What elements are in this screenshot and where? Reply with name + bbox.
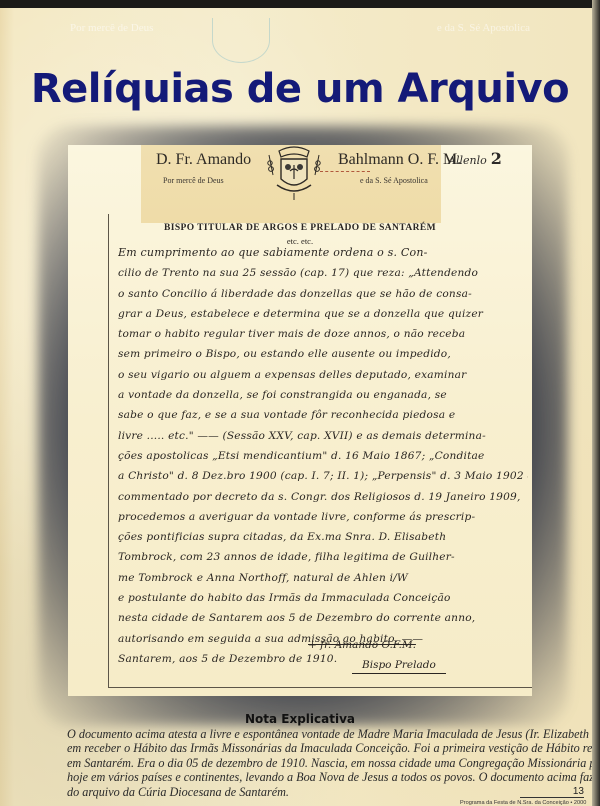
handwritten-line: sem primeiro o Bispo, ou estando elle au… — [118, 344, 528, 364]
note-body: O documento acima atesta a livre e espon… — [67, 727, 547, 799]
bleed-through-left: Por mercê de Deus — [70, 22, 153, 36]
note-line: do arquivo da Cúria Diocesana de Santaré… — [67, 785, 547, 799]
handwritten-text: Em cumprimento ao que sabiamente ordena … — [118, 243, 528, 669]
handwritten-line: me Tombrock e Anna Northoff, natural de … — [118, 568, 528, 588]
left-margin-rule — [108, 214, 109, 688]
publication-footer: Programa da Festa de N.Sra. da Conceição… — [460, 800, 586, 806]
page-edge — [592, 0, 600, 806]
handwritten-line: Em cumprimento ao que sabiamente ordena … — [118, 243, 528, 263]
coat-of-arms-icon — [263, 145, 325, 201]
handwritten-line: sabe o que faz, e se a sua vontade fôr r… — [118, 405, 528, 425]
handwritten-line: a Christo" d. 8 Dez.bro 1900 (cap. I. 7;… — [118, 466, 528, 486]
handwritten-line: livre ..... etc." —— (Sessão XXV, cap. X… — [118, 426, 528, 446]
signature-title: Bispo Prelado — [352, 659, 446, 674]
note-line: em Santarém. Era o dia 05 de dezembro de… — [67, 756, 547, 770]
handwritten-line: grar a Deus, estabelece e determina que … — [118, 304, 528, 324]
page-title: Relíquias de um Arquivo — [0, 66, 600, 112]
magazine-page-number: 13 — [520, 786, 584, 798]
signature-line: + fr. Amando O.F.M. — [308, 639, 508, 651]
handwritten-line: o santo Concilio á liberdade das donzell… — [118, 284, 528, 304]
handwritten-line: cilio de Trento na sua 25 sessão (cap. 1… — [118, 263, 528, 283]
letterhead-name-right: Bahlmann O. F. M. — [338, 151, 461, 169]
magazine-page: Por mercê de Deus e da S. Sé Apostolica … — [0, 8, 592, 806]
handwritten-line: ções apostolicas „Etsi mendicantium" d. … — [118, 446, 528, 466]
handwritten-line: Tombrock, com 23 annos de idade, filha l… — [118, 547, 528, 567]
letterhead-name-left: D. Fr. Amando — [156, 151, 251, 169]
letterhead-sub-right: e da S. Sé Apostolica — [360, 176, 428, 185]
note-line: O documento acima atesta a livre e espon… — [67, 727, 547, 741]
note-line: em receber o Hábito das Irmãs Missonária… — [67, 741, 547, 755]
note-title: Nota Explicativa — [0, 712, 600, 726]
letterhead-sub-left: Por mercê de Deus — [163, 176, 224, 185]
handwritten-line: tomar o habito regular tiver mais de doz… — [118, 324, 528, 344]
handwritten-line: nesta cidade de Santarem aos 5 de Dezemb… — [118, 608, 528, 628]
bleed-through-header: Por mercê de Deus e da S. Sé Apostolica — [70, 22, 530, 36]
margin-annotation: Allenlo2 — [448, 149, 502, 168]
handwritten-line: o seu vigario ou alguem a expensas delle… — [118, 365, 528, 385]
letterhead-title: BISPO TITULAR DE ARGOS E PRELADO DE SANT… — [68, 223, 532, 233]
bottom-rule — [108, 687, 532, 688]
signature-block: + fr. Amando O.F.M. Bispo Prelado — [308, 639, 508, 674]
bleed-through-crest-icon — [212, 18, 270, 63]
handwritten-line: a vontade da donzella, se foi constrangi… — [118, 385, 528, 405]
handwritten-line: ções pontificias supra citadas, da Ex.ma… — [118, 527, 528, 547]
margin-note: Allenlo — [448, 154, 487, 167]
handwritten-line: procedemos a averiguar da vontade livre,… — [118, 507, 528, 527]
dashed-rule — [320, 171, 370, 172]
bleed-through-right: e da S. Sé Apostolica — [437, 22, 530, 36]
handwritten-line: commentado por decreto da s. Congr. dos … — [118, 487, 528, 507]
document-page-number: 2 — [491, 149, 502, 168]
archival-document: D. Fr. Amando Bahlmann O. F. M. Por merc… — [68, 145, 532, 696]
note-line: hoje em vários países e continentes, lev… — [67, 770, 547, 784]
handwritten-line: e postulante do habito das Irmãs da Imma… — [118, 588, 528, 608]
